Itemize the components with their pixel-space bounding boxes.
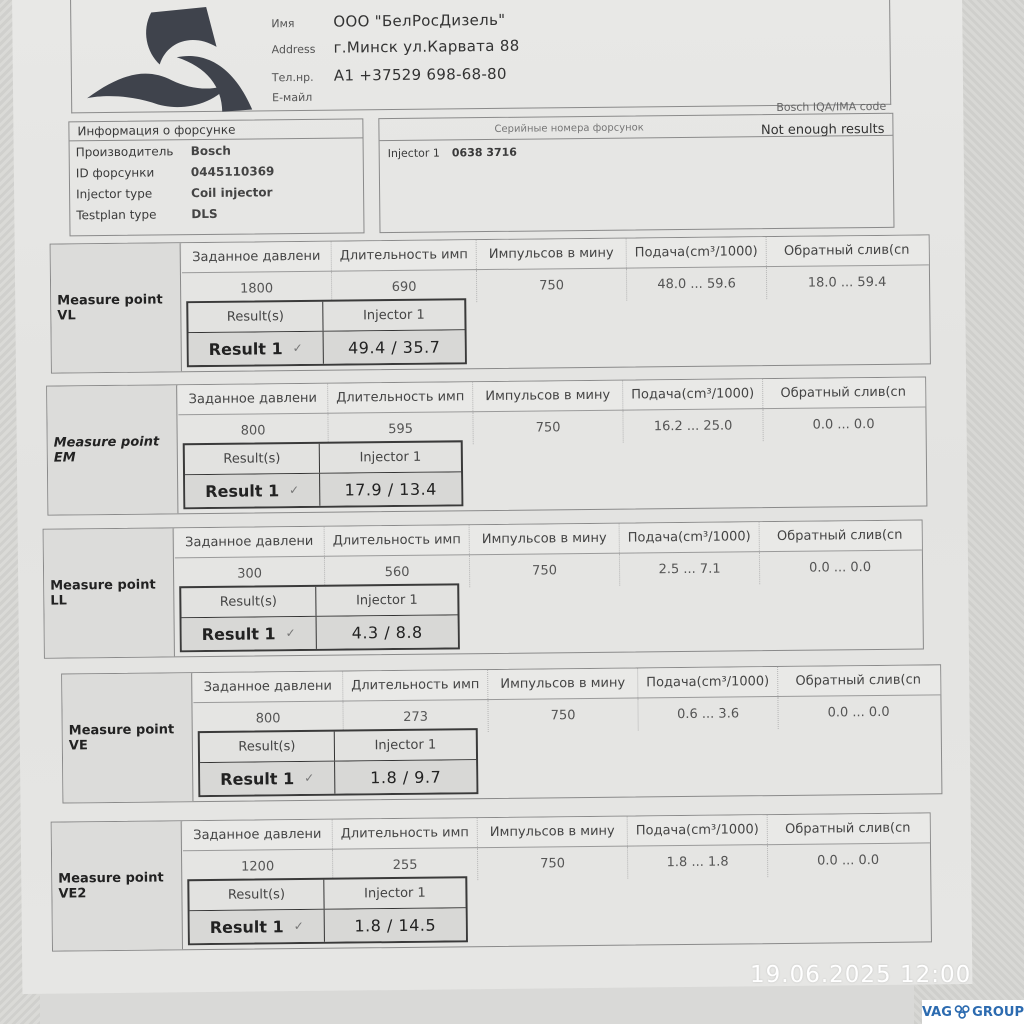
backflow-range: 0.0 ... 0.0 bbox=[778, 695, 938, 729]
result-value: 1.8 / 14.5 bbox=[325, 908, 466, 941]
result-label: Result 1 bbox=[202, 624, 276, 644]
result-row: Result 1 ✓ 1.8 / 9.7 bbox=[200, 760, 476, 795]
delivery-range: 1.8 ... 1.8 bbox=[628, 845, 768, 878]
result-row: Result 1 ✓ 17.9 / 13.4 bbox=[185, 472, 461, 507]
result-label: Result 1 bbox=[210, 917, 284, 937]
result-table: Result(s) Injector 1 Result 1 ✓ 4.3 / 8.… bbox=[179, 583, 460, 652]
results-header: Result(s) bbox=[188, 302, 323, 332]
measure-point-params: Заданное давлени Длительность имп Импуль… bbox=[183, 813, 931, 883]
pulses-value: 750 bbox=[488, 698, 638, 732]
result-header-row: Result(s) Injector 1 bbox=[188, 300, 464, 333]
col-delivery-header: Подача(cm³/1000) bbox=[627, 237, 767, 267]
col-duration-header: Длительность имп bbox=[332, 240, 477, 271]
result-table: Result(s) Injector 1 Result 1 ✓ 1.8 / 9.… bbox=[198, 728, 479, 797]
col-duration-header: Длительность имп bbox=[328, 382, 473, 413]
info-label: Testplan type bbox=[76, 207, 191, 222]
watermark-left: VAG bbox=[922, 1005, 952, 1020]
col-pulses-header: Импульсов в мину bbox=[470, 524, 620, 555]
serial-injector-label: Injector 1 bbox=[388, 147, 440, 161]
info-value: 0445110369 bbox=[191, 164, 275, 179]
result-table: Result(s) Injector 1 Result 1 ✓ 17.9 / 1… bbox=[183, 440, 464, 509]
col-pulses-header: Импульсов в мину bbox=[478, 817, 628, 848]
col-duration-header: Длительность имп bbox=[325, 525, 470, 556]
result-label-cell: Result 1 ✓ bbox=[185, 474, 320, 507]
name-label: Имя bbox=[271, 17, 333, 31]
email-row: E-майл bbox=[272, 91, 334, 105]
backflow-range: 0.0 ... 0.0 bbox=[763, 407, 923, 441]
measure-point-label: Measure point LL bbox=[44, 528, 175, 657]
injector-header: Injector 1 bbox=[324, 878, 465, 908]
email-label: E-майл bbox=[272, 91, 334, 105]
results-header: Result(s) bbox=[181, 587, 316, 617]
measure-point-block: Measure point EM Заданное давлени Длител… bbox=[46, 376, 927, 515]
col-pressure-header: Заданное давлени bbox=[193, 672, 343, 703]
photo-timestamp: 19.06.2025 12:00 bbox=[750, 962, 971, 988]
col-delivery-header: Подача(cm³/1000) bbox=[638, 667, 778, 697]
result-row: Result 1 ✓ 49.4 / 35.7 bbox=[189, 330, 465, 365]
backflow-range: 18.0 ... 59.4 bbox=[767, 265, 927, 299]
result-label-cell: Result 1 ✓ bbox=[182, 617, 317, 650]
measure-point-block: Measure point VE2 Заданное давлени Длите… bbox=[51, 812, 932, 951]
col-pulses-header: Импульсов в мину bbox=[477, 239, 627, 270]
result-label-cell: Result 1 ✓ bbox=[189, 332, 324, 365]
result-label-cell: Result 1 ✓ bbox=[200, 762, 335, 795]
result-label: Result 1 bbox=[205, 481, 279, 501]
info-label: ID форсунки bbox=[76, 165, 191, 180]
company-name: ООО "БелРосДизель" bbox=[333, 11, 505, 31]
measure-point-params: Заданное давлени Длительность имп Импуль… bbox=[182, 235, 930, 305]
col-pressure-header: Заданное давлени bbox=[182, 242, 332, 273]
check-icon: ✓ bbox=[294, 919, 304, 933]
check-icon: ✓ bbox=[293, 341, 303, 355]
result-value: 49.4 / 35.7 bbox=[324, 330, 465, 363]
pulses-value: 750 bbox=[473, 411, 623, 445]
rings-icon bbox=[954, 1002, 970, 1022]
result-row: Result 1 ✓ 4.3 / 8.8 bbox=[182, 615, 458, 650]
injector-header: Injector 1 bbox=[323, 300, 464, 330]
measure-point-label: Measure point VE2 bbox=[52, 821, 183, 950]
result-label-cell: Result 1 ✓ bbox=[190, 910, 325, 943]
info-value: Bosch bbox=[191, 143, 231, 157]
col-delivery-header: Подача(cm³/1000) bbox=[620, 522, 760, 552]
col-delivery-header: Подача(cm³/1000) bbox=[628, 815, 768, 845]
col-pressure-header: Заданное давлени bbox=[175, 527, 325, 558]
measure-point-label: Measure point VL bbox=[51, 243, 182, 372]
check-icon: ✓ bbox=[286, 626, 296, 640]
check-icon: ✓ bbox=[304, 771, 314, 785]
serial-row: Injector 1 0638 3716 bbox=[380, 136, 893, 166]
info-row-injector-id: ID форсунки 0445110369 bbox=[70, 159, 363, 183]
result-value: 17.9 / 13.4 bbox=[320, 472, 461, 505]
iqa-code-title: Bosch IQA/IMA code bbox=[776, 100, 886, 114]
result-header-row: Result(s) Injector 1 bbox=[185, 442, 461, 475]
info-label: Injector type bbox=[76, 186, 191, 201]
injector-info-box: Информация о форсунке Производитель Bosc… bbox=[68, 118, 364, 236]
col-delivery-header: Подача(cm³/1000) bbox=[623, 379, 763, 409]
backflow-range: 0.0 ... 0.0 bbox=[768, 843, 928, 877]
address-value: г.Минск ул.Карвата 88 bbox=[333, 37, 519, 57]
delivery-range: 16.2 ... 25.0 bbox=[623, 409, 763, 442]
measure-point-label: Measure point VE bbox=[62, 673, 193, 802]
watermark-right: GROUP bbox=[972, 1005, 1024, 1020]
delivery-range: 48.0 ... 59.6 bbox=[627, 267, 767, 300]
check-icon: ✓ bbox=[289, 483, 299, 497]
result-label: Result 1 bbox=[220, 769, 294, 789]
result-value: 4.3 / 8.8 bbox=[317, 615, 458, 648]
result-value: 1.8 / 9.7 bbox=[335, 760, 476, 793]
col-pulses-header: Импульсов в мину bbox=[473, 381, 623, 412]
backflow-range: 0.0 ... 0.0 bbox=[760, 551, 920, 585]
serial-numbers-box: Bosch IQA/IMA code Серийные номера форсу… bbox=[378, 113, 894, 233]
measure-point-block: Measure point VE Заданное давлени Длител… bbox=[61, 664, 942, 803]
col-duration-header: Длительность имп bbox=[333, 818, 478, 849]
result-header-row: Result(s) Injector 1 bbox=[189, 878, 465, 911]
results-header: Result(s) bbox=[185, 444, 320, 474]
serial-injector-number: 0638 3716 bbox=[452, 146, 517, 160]
measure-point-label: Measure point EM bbox=[47, 385, 178, 514]
measure-point-params: Заданное давлени Длительность имп Импуль… bbox=[175, 521, 923, 591]
injector-header: Injector 1 bbox=[335, 730, 476, 760]
company-logo-icon bbox=[81, 1, 262, 113]
delivery-range: 2.5 ... 7.1 bbox=[620, 552, 760, 585]
address-label: Address bbox=[272, 43, 334, 57]
phone-label: Тел.нр. bbox=[272, 71, 334, 85]
result-row: Result 1 ✓ 1.8 / 14.5 bbox=[190, 908, 466, 943]
iqa-code-value: Not enough results bbox=[761, 122, 885, 138]
injector-header: Injector 1 bbox=[316, 585, 457, 615]
col-pressure-header: Заданное давлени bbox=[178, 384, 328, 415]
info-value: Coil injector bbox=[191, 185, 273, 200]
phone-row: Тел.нр. A1 +37529 698-68-80 bbox=[272, 65, 507, 85]
col-backflow-header: Обратный слив(cn bbox=[767, 235, 927, 266]
pulses-value: 750 bbox=[477, 269, 627, 303]
address-row: Address г.Минск ул.Карвата 88 bbox=[271, 37, 519, 58]
col-pulses-header: Импульсов в мину bbox=[488, 668, 638, 699]
info-label: Производитель bbox=[76, 144, 191, 159]
info-row-testplan-type: Testplan type DLS bbox=[70, 201, 363, 225]
measure-point-params: Заданное давлени Длительность имп Импуль… bbox=[178, 377, 926, 447]
result-table: Result(s) Injector 1 Result 1 ✓ 49.4 / 3… bbox=[186, 298, 467, 367]
name-row: Имя ООО "БелРосДизель" bbox=[271, 11, 505, 31]
results-header: Result(s) bbox=[200, 732, 335, 762]
measure-point-block: Measure point VL Заданное давлени Длител… bbox=[50, 234, 931, 373]
watermark-logo: VAG GROUP bbox=[922, 1000, 1024, 1024]
measure-point-block: Measure point LL Заданное давлени Длител… bbox=[43, 519, 924, 658]
info-value: DLS bbox=[191, 206, 217, 220]
measure-point-params: Заданное давлени Длительность имп Импуль… bbox=[193, 665, 941, 735]
injector-header: Injector 1 bbox=[320, 442, 461, 472]
col-backflow-header: Обратный слив(cn bbox=[778, 665, 938, 696]
col-duration-header: Длительность имп bbox=[343, 670, 488, 701]
col-pressure-header: Заданное давлени bbox=[183, 820, 333, 851]
pulses-value: 750 bbox=[470, 554, 620, 588]
result-header-row: Result(s) Injector 1 bbox=[200, 730, 476, 763]
col-backflow-header: Обратный слив(cn bbox=[760, 521, 920, 552]
results-header: Result(s) bbox=[189, 880, 324, 910]
info-row-injector-type: Injector type Coil injector bbox=[70, 180, 363, 204]
col-backflow-header: Обратный слив(cn bbox=[763, 377, 923, 408]
info-row-manufacturer: Производитель Bosch bbox=[70, 138, 363, 162]
result-header-row: Result(s) Injector 1 bbox=[181, 585, 457, 618]
col-backflow-header: Обратный слив(cn bbox=[768, 813, 928, 844]
pulses-value: 750 bbox=[478, 847, 628, 881]
company-header: Имя ООО "БелРосДизель" Address г.Минск у… bbox=[70, 0, 891, 113]
delivery-range: 0.6 ... 3.6 bbox=[638, 697, 778, 730]
result-label: Result 1 bbox=[209, 339, 283, 359]
phone-value: A1 +37529 698-68-80 bbox=[334, 65, 507, 85]
test-report-sheet: Имя ООО "БелРосДизель" Address г.Минск у… bbox=[12, 0, 972, 994]
result-table: Result(s) Injector 1 Result 1 ✓ 1.8 / 14… bbox=[187, 876, 468, 945]
